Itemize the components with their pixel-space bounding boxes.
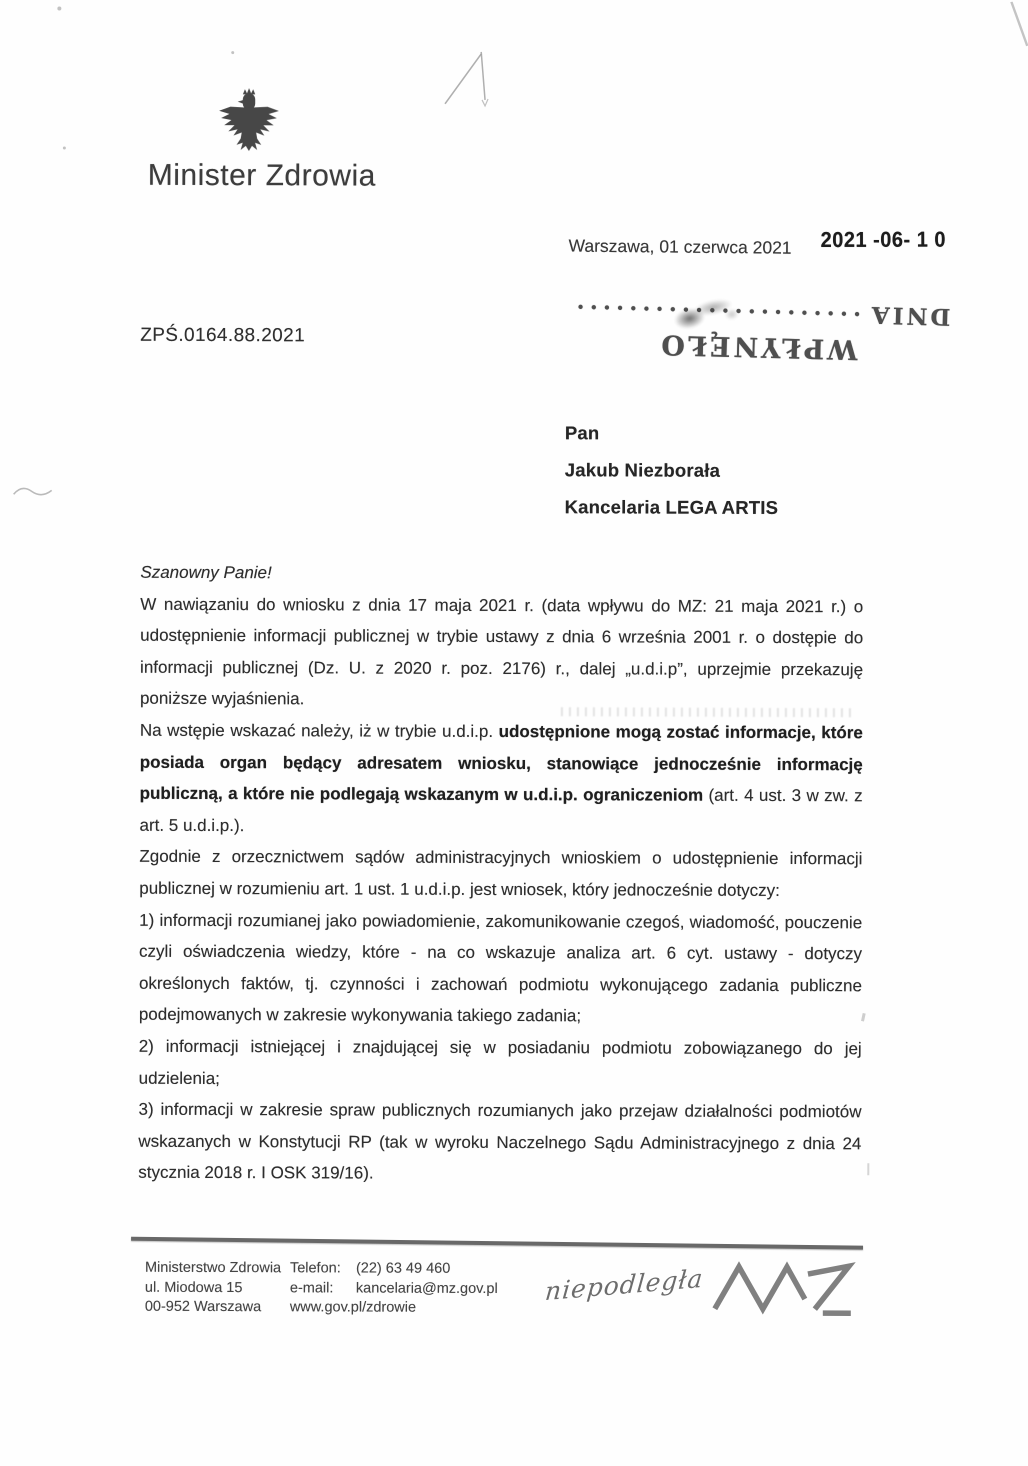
scan-mark (867, 1163, 869, 1175)
recipient-salutation: Pan (565, 414, 779, 452)
paragraph-udip: Na wstępie wskazać należy, iż w trybie u… (139, 715, 862, 844)
scan-edge-line (1001, 2, 1028, 62)
handwritten-page-mark (433, 42, 503, 112)
sender-title: Minister Zdrowia (148, 159, 376, 194)
footer-website: www.gov.pl/zdrowie (290, 1298, 416, 1318)
footer-email-value: kancelaria@mz.gov.pl (356, 1279, 498, 1299)
scan-squiggle-left (12, 480, 56, 504)
footer-address: Ministerstwo Zdrowia ul. Miodowa 15 00-9… (145, 1259, 281, 1318)
paragraph-case-law: Zgodnie z orzecznictwem sądów administra… (139, 841, 862, 907)
footer-phone-value: (22) 63 49 460 (356, 1260, 450, 1280)
recipient-name: Jakub Niezborała (565, 451, 779, 489)
mz-ministry-logo (709, 1257, 861, 1318)
recipient-block: Pan Jakub Niezborała Kancelaria LEGA ART… (565, 414, 779, 526)
letter-body: Szanowny Panie! W nawiązaniu do wniosku … (138, 557, 863, 1191)
footer-email-label: e-mail: (290, 1279, 356, 1299)
niepodlegla-script-logo: niepodległa (544, 1264, 705, 1307)
scan-speck (231, 51, 234, 54)
paragraph-udip-pre: Na wstępie wskazać należy, iż w trybie u… (140, 721, 499, 741)
footer-street: ul. Miodowa 15 (145, 1278, 281, 1298)
receipt-stamp-dotted-line: •••••••••••••••••••••• (571, 300, 861, 322)
greeting: Szanowny Panie! (140, 557, 863, 591)
list-item-3: 3) informacji w zakresie spraw publiczny… (138, 1094, 861, 1191)
list-item-1: 1) informacji rozumianej jako powiadomie… (139, 904, 862, 1033)
receipt-stamp-wplynelo: WPŁYNĘŁO (641, 328, 858, 365)
scanned-letter-sheet: Minister Zdrowia Warszawa, 01 czerwca 20… (0, 0, 1028, 1466)
scan-speck (63, 146, 66, 149)
paragraph-intro: W nawiązaniu do wniosku z dnia 17 maja 2… (140, 588, 863, 717)
receipt-stamp-dnia: DNIA (869, 301, 951, 330)
footer-city: 00-952 Warszawa (145, 1298, 281, 1318)
footer-ministry-name: Ministerstwo Zdrowia (145, 1259, 281, 1279)
receipt-stamp: WPŁYNĘŁO DNIA •••••••••••••••••••••• (641, 275, 951, 367)
footer-divider (131, 1237, 863, 1250)
footer-phone-label: Telefon: (290, 1259, 356, 1279)
footer-contact: Telefon: (22) 63 49 460 e-mail: kancelar… (290, 1259, 498, 1318)
list-item-2: 2) informacji istniejącej i znajdującej … (139, 1031, 862, 1097)
polish-eagle-emblem (215, 87, 283, 153)
place-date: Warszawa, 01 czerwca 2021 (568, 236, 791, 259)
scan-speck (57, 6, 61, 10)
recipient-organization: Kancelaria LEGA ARTIS (565, 488, 779, 526)
reference-number: ZPŚ.0164.88.2021 (140, 325, 305, 348)
date-stamp: 2021 -06- 1 0 (821, 228, 947, 253)
